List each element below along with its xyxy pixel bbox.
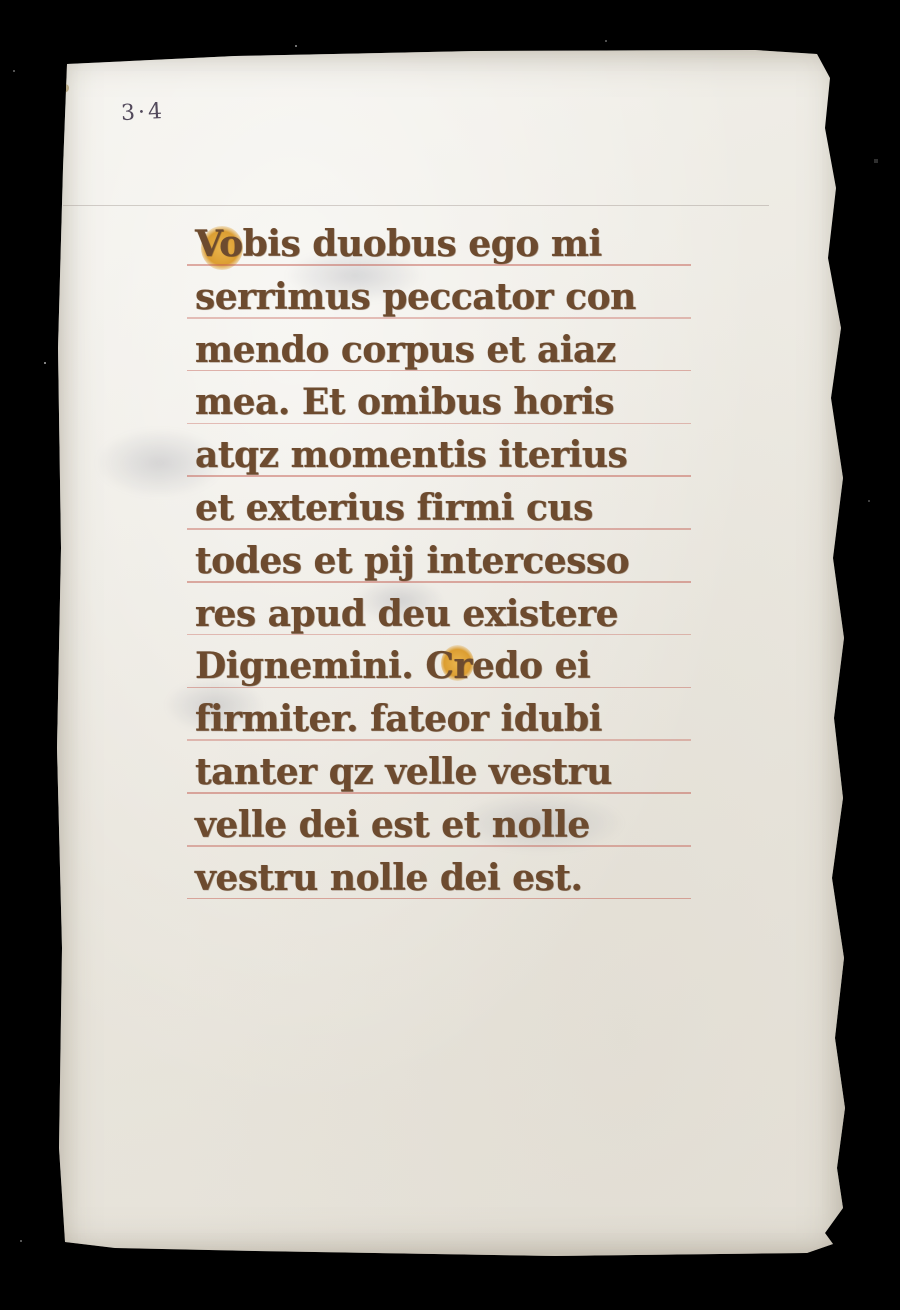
top-ruling-line <box>63 205 769 206</box>
manuscript-line: mea. Et omibus horis <box>195 376 675 429</box>
ruling-line <box>187 634 691 636</box>
manuscript-line: atqz momentis iterius <box>195 429 675 482</box>
manuscript-line: vestru nolle dei est. <box>195 852 675 905</box>
manuscript-line: mendo corpus et aiaz <box>195 324 675 377</box>
manuscript-line-text: et exterius firmi cus <box>195 487 593 529</box>
manuscript-line: res apud deu existere <box>195 588 675 641</box>
manuscript-line-text: mendo corpus et aiaz <box>195 329 616 371</box>
manuscript-line-text: serrimus peccator con <box>195 276 636 318</box>
manuscript-line: et exterius firmi cus <box>195 482 675 535</box>
text-block: Vobis duobus ego mi serrimus peccator co… <box>195 218 675 904</box>
ruling-line <box>187 317 691 319</box>
manuscript-line: firmiter. fateor idubi <box>195 693 675 746</box>
ruling-line <box>187 687 691 689</box>
manuscript-line-text: tanter qz velle vestru <box>195 751 612 793</box>
manuscript-line: Dignemini. Credo ei <box>195 640 675 693</box>
ruling-line <box>187 581 691 583</box>
manuscript-line: tanter qz velle vestru <box>195 746 675 799</box>
ruling-line <box>187 845 691 847</box>
vellum-fleck <box>59 84 69 93</box>
ruling-line <box>187 792 691 794</box>
ruling-line <box>187 475 691 477</box>
manuscript-line: velle dei est et nolle <box>195 799 675 852</box>
folio-number: 3·4 <box>120 99 165 126</box>
manuscript-line-text: velle dei est et nolle <box>195 804 590 846</box>
manuscript-line-text: mea. Et omibus horis <box>195 381 614 423</box>
ruling-line <box>187 423 691 425</box>
ruling-line <box>187 528 691 530</box>
manuscript-line-text: vestru nolle dei est. <box>195 857 583 899</box>
ruling-line <box>187 898 691 900</box>
ruling-line <box>187 370 691 372</box>
manuscript-line-text: Dignemini. Credo ei <box>195 645 590 687</box>
photo-stage: 3·4 Vobis duobus ego mi serrimus peccato… <box>0 0 900 1310</box>
manuscript-line-text: res apud deu existere <box>195 593 618 635</box>
ruling-line <box>187 264 691 266</box>
manuscript-line-text: atqz momentis iterius <box>195 434 627 476</box>
manuscript-line-text: firmiter. fateor idubi <box>195 698 602 740</box>
ruling-line <box>187 739 691 741</box>
manuscript-line: Vobis duobus ego mi <box>195 218 675 271</box>
manuscript-line: serrimus peccator con <box>195 271 675 324</box>
manuscript-leaf: 3·4 Vobis duobus ego mi serrimus peccato… <box>55 48 845 1256</box>
dust-specks <box>0 0 2 2</box>
manuscript-line: todes et pij intercesso <box>195 535 675 588</box>
manuscript-line-text: todes et pij intercesso <box>195 540 629 582</box>
manuscript-line-text: Vobis duobus ego mi <box>195 223 602 265</box>
